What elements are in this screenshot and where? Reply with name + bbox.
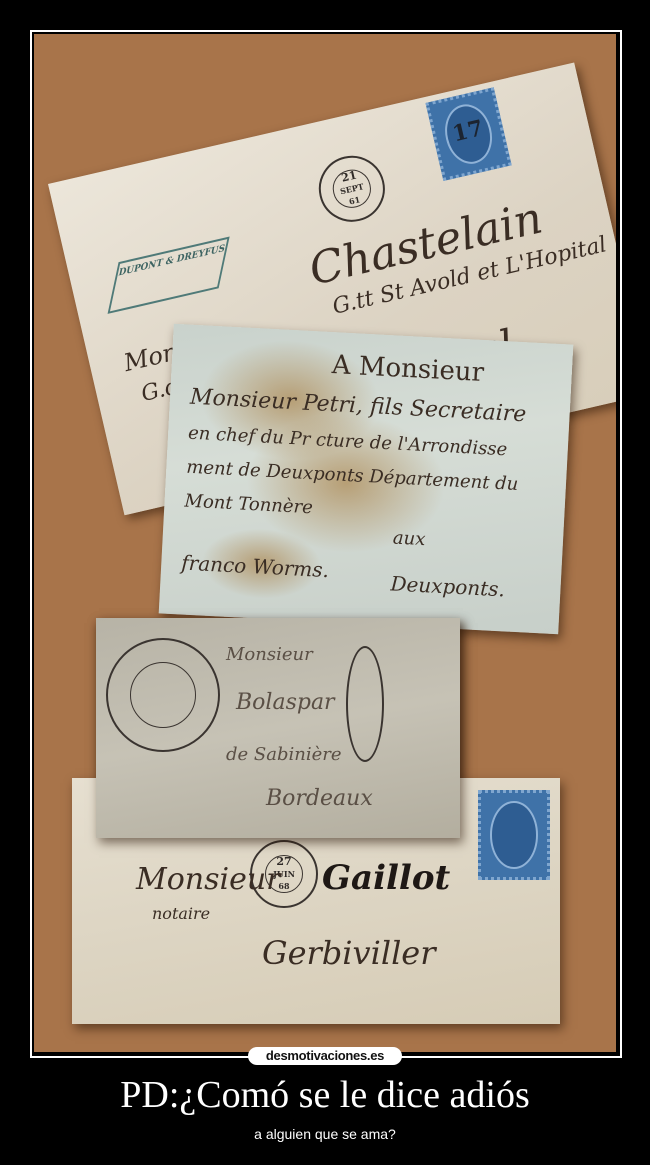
postmark-icon — [106, 638, 220, 752]
address-line: notaire — [152, 904, 210, 923]
address-line: Monsieur — [136, 862, 281, 897]
envelope-gerbiviller: 27 JUIN 68 Monsieur Gaillot notaire Gerb… — [72, 778, 560, 1024]
address-line: Deuxponts. — [390, 571, 506, 601]
address-line: Gaillot — [322, 858, 450, 898]
poster-subtitle: a alguien que se ama? — [0, 1126, 650, 1142]
address-line: Bolaspar — [236, 690, 335, 715]
poster-title: PD:¿Comó se le dice adiós — [0, 1072, 650, 1118]
stamp-icon: 17 — [425, 87, 511, 181]
address-line: aux — [392, 528, 426, 551]
address-line: de Sabinière — [226, 744, 342, 765]
envelope-petri: A Monsieur Monsieur Petri, fils Secretai… — [159, 324, 574, 635]
merchant-stamp: DUPONT & DREYFUS — [108, 236, 230, 313]
stamp-icon — [478, 790, 550, 880]
poster-photo: 17 21 SEPT 61 DUPONT & DREYFUS Chastelai… — [34, 34, 616, 1052]
address-line: Gerbiviller — [262, 934, 436, 972]
site-watermark: desmotivaciones.es — [248, 1047, 402, 1065]
address-line: Monsieur — [226, 644, 313, 665]
postmark-icon: 21 SEPT 61 — [312, 149, 391, 228]
